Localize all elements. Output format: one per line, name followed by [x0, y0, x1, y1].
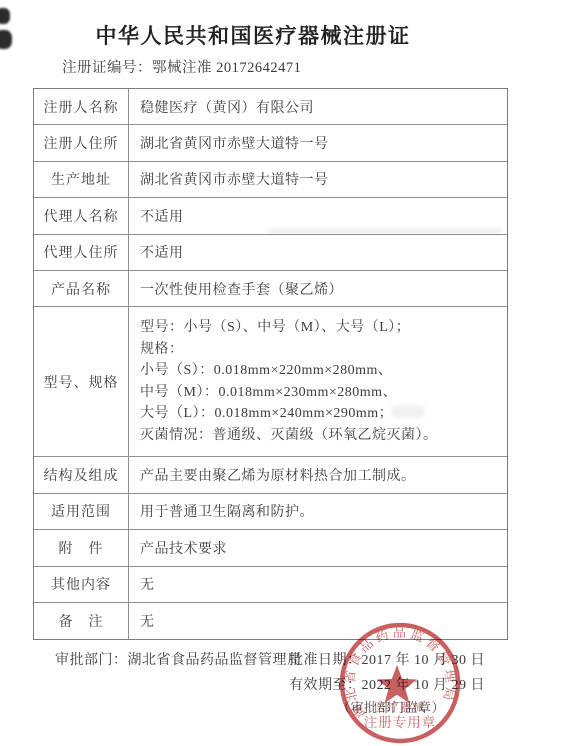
certificate-number-label: 注册证编号：	[62, 60, 152, 76]
approval-department-line: 审批部门：湖北省食品药品监督管理局	[55, 649, 302, 669]
table-row-registrant-address: 注册人住所 湖北省黄冈市赤壁大道特一号	[34, 125, 507, 161]
certificate-number-value: 鄂械注准 20172642471	[152, 60, 301, 76]
row-value: 一次性使用检查手套（聚乙烯）	[129, 271, 507, 306]
row-value: 湖北省黄冈市赤壁大道特一号	[129, 162, 507, 197]
certificate-page: 中华人民共和国医疗器械注册证 注册证编号：鄂械注准 20172642471 注册…	[0, 0, 562, 746]
certificate-number-line: 注册证编号：鄂械注准 20172642471	[62, 56, 301, 77]
table-row-attachment: 附 件 产品技术要求	[34, 530, 507, 566]
official-seal-stamp: 湖北省食品药品监督管理局 医疗器械 注册专用章	[336, 619, 464, 746]
star-icon	[377, 665, 417, 703]
certificate-title: 中华人民共和国医疗器械注册证	[0, 20, 506, 50]
table-row-model-spec: 型号、规格 型号：小号（S）、中号（M）、大号（L）； 规格： 小号（S）：0.…	[34, 307, 507, 457]
table-row-registrant-name: 注册人名称 稳健医疗（黄冈）有限公司	[34, 89, 507, 125]
table-row-other: 其他内容 无	[34, 567, 507, 603]
row-label: 适用范围	[34, 494, 129, 529]
table-row-production-address: 生产地址 湖北省黄冈市赤壁大道特一号	[34, 162, 507, 198]
row-value: 稳健医疗（黄冈）有限公司	[129, 89, 507, 124]
table-row-scope: 适用范围 用于普通卫生隔离和防护。	[34, 494, 507, 530]
row-label: 注册人住所	[34, 125, 129, 160]
row-label: 产品名称	[34, 271, 129, 306]
row-label: 结构及组成	[34, 457, 129, 492]
row-value: 产品技术要求	[129, 530, 507, 565]
row-value: 不适用	[129, 198, 507, 233]
row-value: 湖北省黄冈市赤壁大道特一号	[129, 125, 507, 160]
row-label: 代理人名称	[34, 198, 129, 233]
row-label: 代理人住所	[34, 235, 129, 270]
row-label: 生产地址	[34, 162, 129, 197]
seal-text-line1: 医疗器械	[374, 700, 426, 714]
seal-text-line2: 注册专用章	[364, 714, 437, 730]
certificate-table: 注册人名称 稳健医疗（黄冈）有限公司 注册人住所 湖北省黄冈市赤壁大道特一号 生…	[33, 88, 508, 640]
row-value: 用于普通卫生隔离和防护。	[129, 494, 507, 529]
row-value: 无	[129, 567, 507, 602]
row-value: 不适用	[129, 235, 507, 270]
table-row-agent-name: 代理人名称 不适用	[34, 198, 507, 234]
table-row-agent-address: 代理人住所 不适用	[34, 235, 507, 271]
row-label: 附 件	[34, 530, 129, 565]
row-label: 其他内容	[34, 567, 129, 602]
table-row-structure: 结构及组成 产品主要由聚乙烯为原材料热合加工制成。	[34, 457, 507, 493]
row-label: 备 注	[34, 603, 129, 639]
table-row-product-name: 产品名称 一次性使用检查手套（聚乙烯）	[34, 271, 507, 307]
row-label: 注册人名称	[34, 89, 129, 124]
row-value: 产品主要由聚乙烯为原材料热合加工制成。	[129, 457, 507, 492]
row-value: 型号：小号（S）、中号（M）、大号（L）； 规格： 小号（S）：0.018mm×…	[129, 307, 507, 456]
row-label: 型号、规格	[34, 307, 129, 456]
